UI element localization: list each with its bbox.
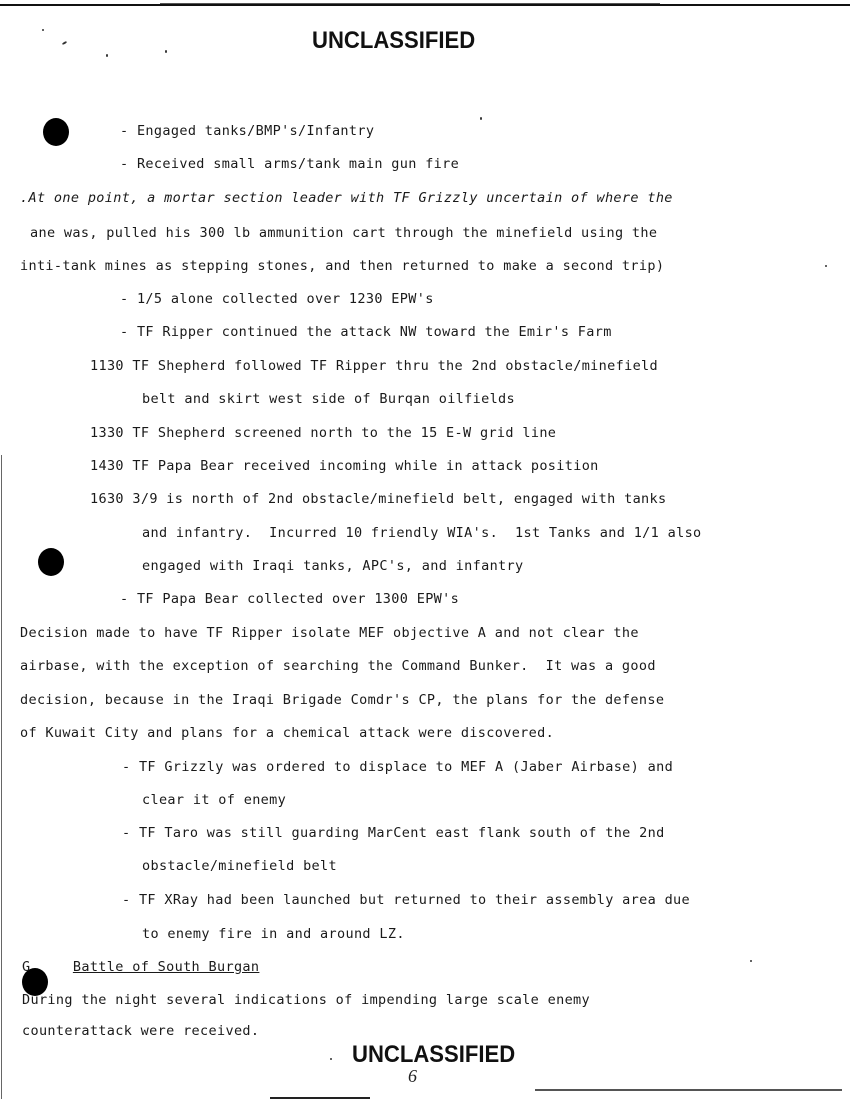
time-entry-line: 1430 TF Papa Bear received incoming whil… [90,458,599,474]
bullet-line: - TF XRay had been launched but returned… [122,892,690,908]
binder-hole-top [43,118,69,146]
paragraph-line: airbase, with the exception of searching… [20,658,656,674]
time-entry-line: 1330 TF Shepherd screened north to the 1… [90,425,556,441]
document-page: UNCLASSIFIED - Engaged tanks/BMP's/Infan… [0,0,850,1099]
paragraph-line: inti-tank mines as stepping stones, and … [20,258,664,274]
top-border-line-faint [160,3,660,4]
paragraph-line: decision, because in the Iraqi Brigade C… [20,692,664,708]
scan-speck [62,41,67,45]
bullet-line: - TF Ripper continued the attack NW towa… [120,324,612,340]
scan-speck [165,50,167,53]
scan-speck [42,29,44,31]
section-title: Battle of South Burgan [73,959,260,975]
continuation-line: belt and skirt west side of Burqan oilfi… [142,391,515,407]
continuation-line: engaged with Iraqi tanks, APC's, and inf… [142,558,524,574]
scan-speck [750,960,752,962]
bullet-line: - Received small arms/tank main gun fire [120,156,459,172]
continuation-line: obstacle/minefield belt [142,858,337,874]
bullet-line: - 1/5 alone collected over 1230 EPW's [120,291,434,307]
scan-speck [106,54,108,57]
classification-header: UNCLASSIFIED [312,27,475,55]
scan-speck [330,1058,332,1060]
paragraph-line: .At one point, a mortar section leader w… [20,190,673,206]
left-margin-line [1,455,2,1099]
page-number: 6 [408,1066,417,1087]
time-entry-line: 1130 TF Shepherd followed TF Ripper thru… [90,358,658,374]
top-border-line [0,4,850,6]
continuation-line: clear it of enemy [142,792,286,808]
bottom-border-line [535,1089,842,1091]
bullet-line: - Engaged tanks/BMP's/Infantry [120,123,374,139]
bullet-line: - TF Taro was still guarding MarCent eas… [122,825,665,841]
section-heading: G Battle of South Burgan [22,959,259,975]
bullet-line: - TF Papa Bear collected over 1300 EPW's [120,591,459,607]
time-entry-line: 1630 3/9 is north of 2nd obstacle/minefi… [90,491,666,507]
continuation-line: to enemy fire in and around LZ. [142,926,405,942]
paragraph-line: ane was, pulled his 300 lb ammunition ca… [30,225,657,241]
paragraph-line: of Kuwait City and plans for a chemical … [20,725,554,741]
classification-footer: UNCLASSIFIED [352,1041,515,1069]
bullet-line: - TF Grizzly was ordered to displace to … [122,759,673,775]
scan-speck [825,265,827,267]
continuation-line: and infantry. Incurred 10 friendly WIA's… [142,525,702,541]
binder-hole-middle [38,548,64,576]
paragraph-line: counterattack were received. [22,1023,259,1039]
paragraph-line: During the night several indications of … [22,992,590,1008]
paragraph-line: Decision made to have TF Ripper isolate … [20,625,639,641]
scan-speck [480,117,482,120]
